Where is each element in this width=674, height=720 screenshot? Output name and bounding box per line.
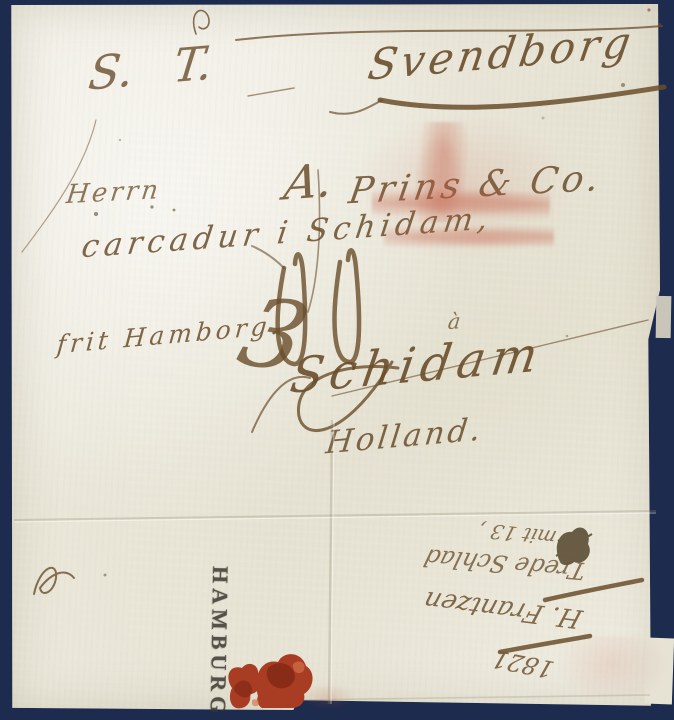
photo-background: S. T. Svendborg Herrn A. Prins & Co. car… [0, 0, 674, 720]
second-sheet-corner [645, 638, 674, 705]
address-initial-script: A. [281, 157, 335, 207]
salutation-script: S. T. [86, 39, 215, 96]
hamburg-straightline-stamp: HAMBURG [197, 566, 246, 713]
address-prefix-script: Herrn [65, 177, 163, 208]
destination-particle-script: à [447, 311, 462, 333]
paper-edge-sliver [656, 296, 672, 338]
hamburg-stamp-text: HAMBURG [205, 566, 234, 713]
